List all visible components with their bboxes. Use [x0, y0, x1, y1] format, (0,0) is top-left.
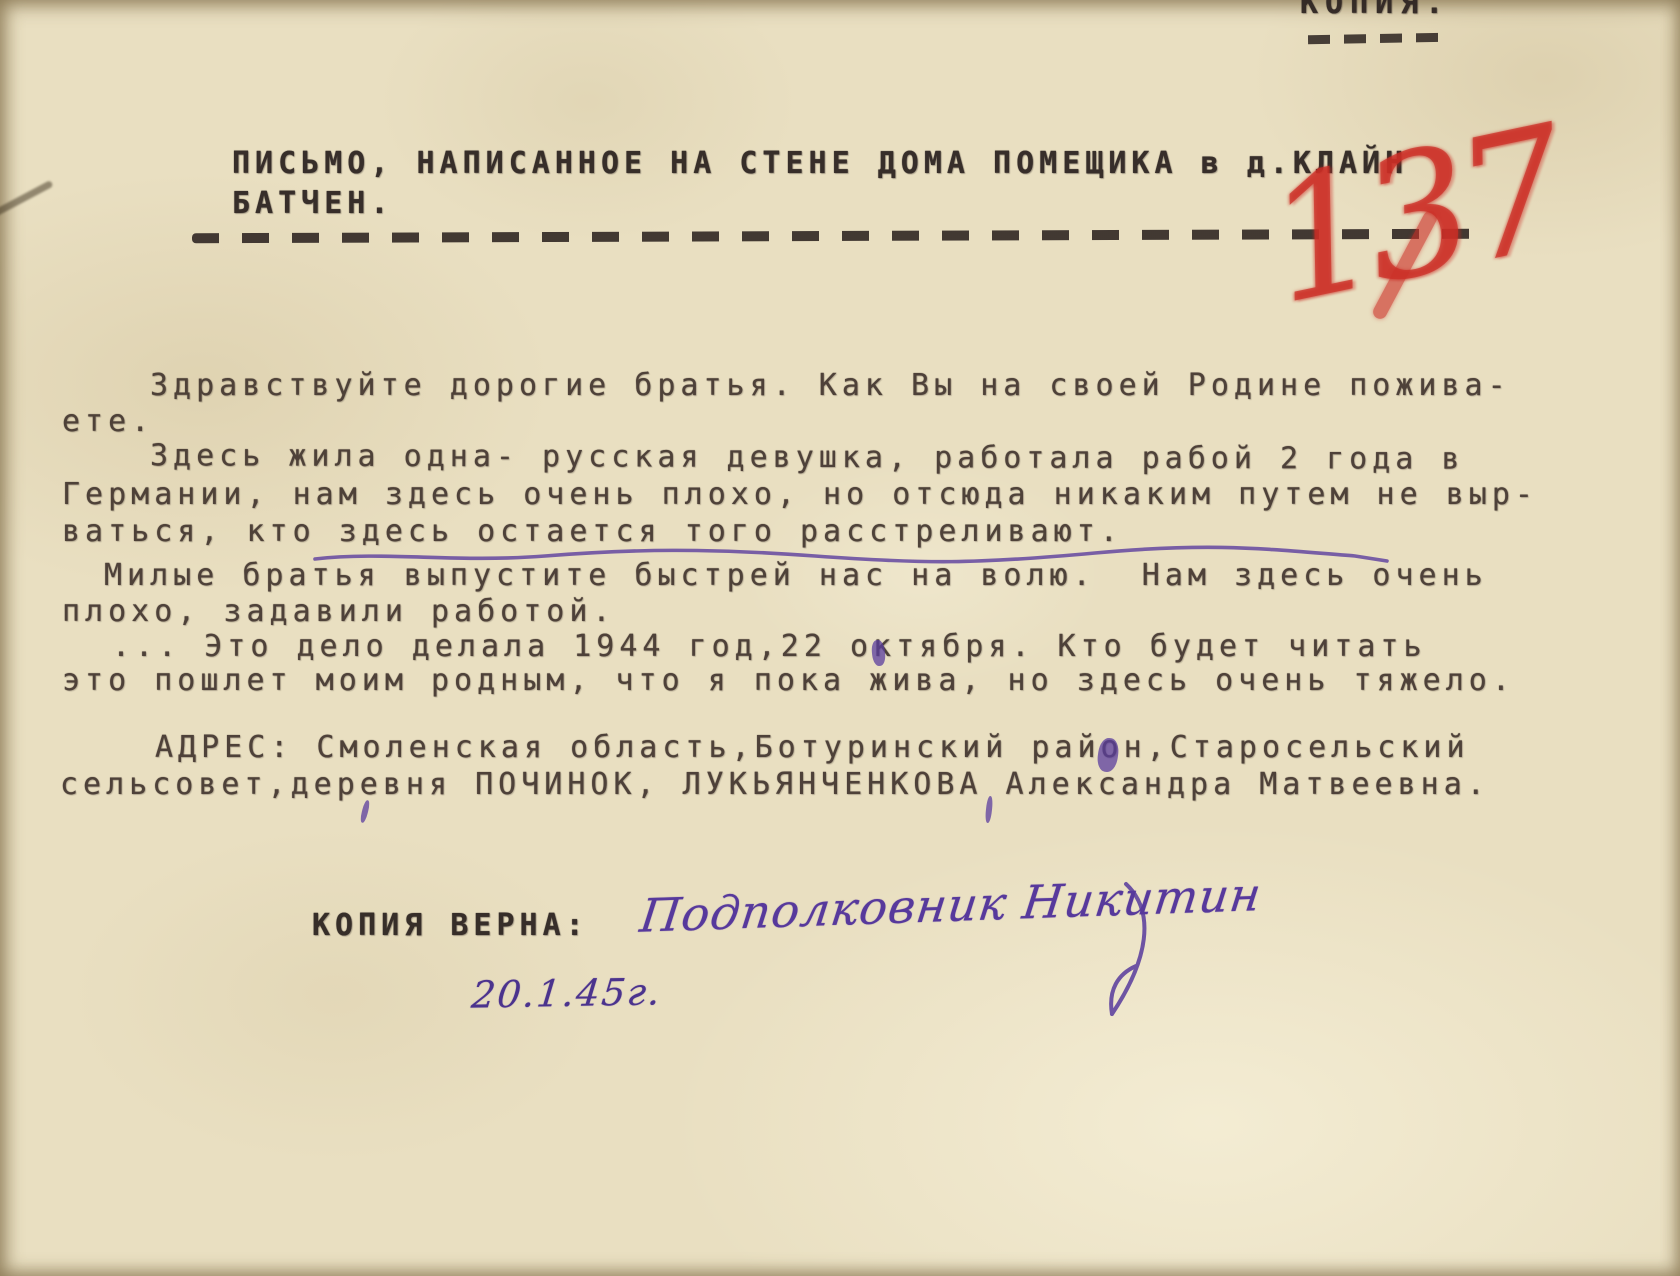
signature-flourish — [1078, 878, 1178, 1028]
certification-label: КОПИЯ ВЕРНА: — [312, 908, 589, 943]
typed-line: ... Это дело делала 1944 год,22 октября.… — [112, 629, 1427, 664]
paper-crease — [0, 180, 54, 219]
document-title-line1: ПИСЬМО, НАПИСАННОЕ НА СТЕНЕ ДОМА ПОМЕЩИК… — [232, 146, 1408, 181]
typed-line: Германии, нам здесь очень плохо, но отсю… — [62, 477, 1538, 512]
typed-line: АДРЕС: Смоленская область,Ботуринский ра… — [155, 730, 1470, 765]
typed-line: плохо, задавили работой. — [62, 594, 615, 629]
scanned-letter-page: КОПИЯ. ПИСЬМО, НАПИСАННОЕ НА СТЕНЕ ДОМА … — [0, 0, 1680, 1276]
typed-line: ете. — [62, 404, 154, 439]
typed-line: сельсовет,деревня ПОЧИНОК, ЛУКЬЯНЧЕНКОВА… — [60, 767, 1490, 802]
typed-line: Здравствуйте дорогие братья. Как Вы на с… — [150, 368, 1511, 403]
document-title-line2: БАТЧЕН. — [232, 186, 393, 221]
typed-line: это пошлет моим родным, что я пока жива,… — [62, 663, 1515, 698]
red-page-number: 137 — [1251, 90, 1576, 342]
copy-stamp-underline — [1308, 33, 1448, 44]
typed-line: Здесь жила одна- русская девушка, работа… — [150, 438, 1465, 476]
date-handwritten: 20.1.45г. — [470, 970, 665, 1016]
ink-tick — [359, 800, 370, 824]
purple-underline-ink-mark — [315, 543, 1405, 569]
copy-stamp: КОПИЯ. — [1300, 0, 1450, 21]
